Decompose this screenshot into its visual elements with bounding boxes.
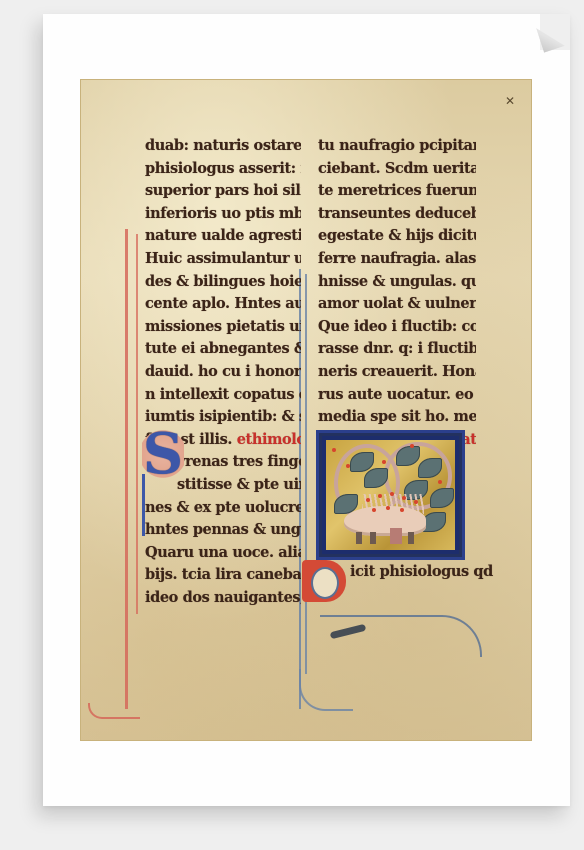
text-line: hntes pennas & ungulas · xyxy=(145,519,301,542)
gold-ground xyxy=(326,440,455,550)
fruit-dot xyxy=(366,498,370,502)
text-line: ideo dos nauigantes, p can xyxy=(145,587,301,610)
text-column-left: duab: naturis ostare phisiologus asserit… xyxy=(145,135,301,609)
text-line: superior pars hoi silis · xyxy=(145,180,301,203)
text-line: n intellexit copatus est xyxy=(145,384,301,407)
initial-s-tail xyxy=(142,474,145,536)
text-line: neris creauerit. Honacentau xyxy=(318,361,476,384)
fruit-dot xyxy=(438,480,442,484)
fruit-dot xyxy=(410,444,414,448)
text-line: media spe sit ho. media xyxy=(318,406,476,429)
fruit-dot xyxy=(378,494,382,498)
decorated-initial-s: S xyxy=(142,428,184,480)
hedgehog-leg xyxy=(370,532,376,544)
text-line: egestate & hijs dicitur i xyxy=(318,225,476,248)
fruit-dot xyxy=(346,464,350,468)
text-line: tu naufragio pcipitari fa xyxy=(318,135,476,158)
ink-blot: ✕ xyxy=(505,97,519,105)
text-line: nes & ex pte uolucres · xyxy=(145,497,301,520)
text-line: hnisse & ungulas. quia xyxy=(318,271,476,294)
red-penwork-flourish xyxy=(125,229,128,709)
initial-d-penwork xyxy=(311,567,339,599)
fruit-dot xyxy=(390,492,394,496)
text-column-right-continued: icit phisiologus qd xyxy=(350,561,508,584)
text-line: Quaru una uoce. alia ty xyxy=(145,542,301,565)
blue-penwork-flourish-inner xyxy=(305,274,307,674)
text-line: Que ideo i fluctib: comno xyxy=(318,316,476,339)
fruit-dot xyxy=(386,506,390,510)
text-line: amor uolat & uulnerat · xyxy=(318,293,476,316)
hedgehog-miniature xyxy=(316,430,465,560)
text-column-right: tu naufragio pcipitari fa ciebant. Scdm … xyxy=(318,135,476,451)
blue-penwork-loop xyxy=(299,669,353,711)
fruit-dot xyxy=(332,448,336,452)
text-line: rasse dnr. q: i fluctib; ue xyxy=(318,338,476,361)
text-line: inferioris uo ptis mbra ff xyxy=(145,203,301,226)
hedgehog-leg xyxy=(408,532,414,544)
text-line: ciebant. Scdm ueritate au xyxy=(318,158,476,181)
fruit-dot xyxy=(402,496,406,500)
text-line: dauid. ho cu i honore eet xyxy=(145,361,301,384)
text-line: transeuntes deducebant ad xyxy=(318,203,476,226)
text-line: nature ualde agrestis · xyxy=(145,225,301,248)
hedgehog-leg xyxy=(356,532,362,544)
text-line: rus aute uocatur. eo qd xyxy=(318,384,476,407)
text-line: icit phisiologus qd xyxy=(350,561,508,584)
text-line: des & bilingues hoies di xyxy=(145,271,301,294)
rubric-heading: ethimologia. xyxy=(237,431,301,448)
tree-trunk xyxy=(390,528,402,544)
fruit-dot xyxy=(400,508,404,512)
text-line: tute ei abnegantes & psalla xyxy=(145,338,301,361)
fruit-dot xyxy=(382,460,386,464)
fruit-dot xyxy=(414,500,418,504)
text-line: cente aplo. Hntes aut p xyxy=(145,293,301,316)
text-line: phisiologus asserit: idest xyxy=(145,158,301,181)
manuscript-folio: ✕ duab: naturis ostare phisiologus asser… xyxy=(80,79,532,741)
text-line: missiones pietatis uir xyxy=(145,316,301,339)
leaf xyxy=(430,488,454,508)
text-line: Huic assimulantur uecor xyxy=(145,248,301,271)
red-penwork-foot xyxy=(88,703,140,719)
fruit-dot xyxy=(372,508,376,512)
text-line: ferre naufragia. alas aut xyxy=(318,248,476,271)
text-line: bijs. tcia lira canebat. Et xyxy=(145,564,301,587)
text-line: duab: naturis ostare xyxy=(145,135,301,158)
red-penwork-flourish-inner xyxy=(136,234,138,614)
text-line: te meretrices fuerunt. que xyxy=(318,180,476,203)
